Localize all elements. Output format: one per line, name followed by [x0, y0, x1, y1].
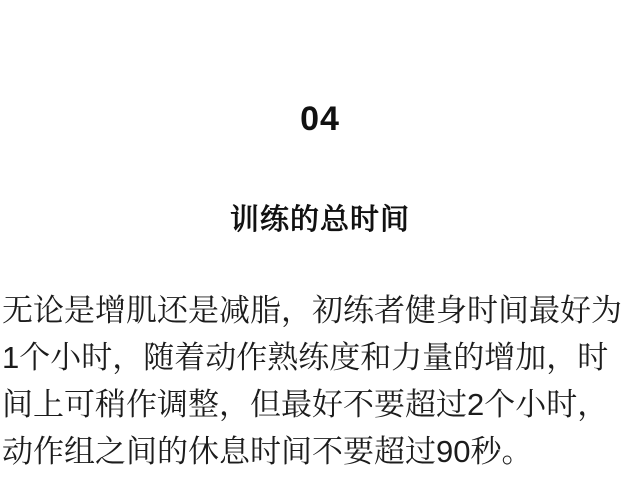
section-number: 04	[0, 100, 640, 139]
body-line-4: 动作组之间的休息时间不要超过90秒。	[2, 428, 640, 475]
body-line-2: 1个小时，随着动作熟练度和力量的增加，时	[2, 334, 640, 381]
body-paragraph: 无论是增肌还是减脂，初练者健身时间最好为 1个小时，随着动作熟练度和力量的增加，…	[2, 287, 640, 475]
article-page: 04 训练的总时间 无论是增肌还是减脂，初练者健身时间最好为 1个小时，随着动作…	[0, 0, 640, 478]
section-title: 训练的总时间	[0, 197, 640, 238]
body-line-1: 无论是增肌还是减脂，初练者健身时间最好为	[2, 287, 640, 334]
body-line-3: 间上可稍作调整，但最好不要超过2个小时，	[2, 381, 640, 428]
